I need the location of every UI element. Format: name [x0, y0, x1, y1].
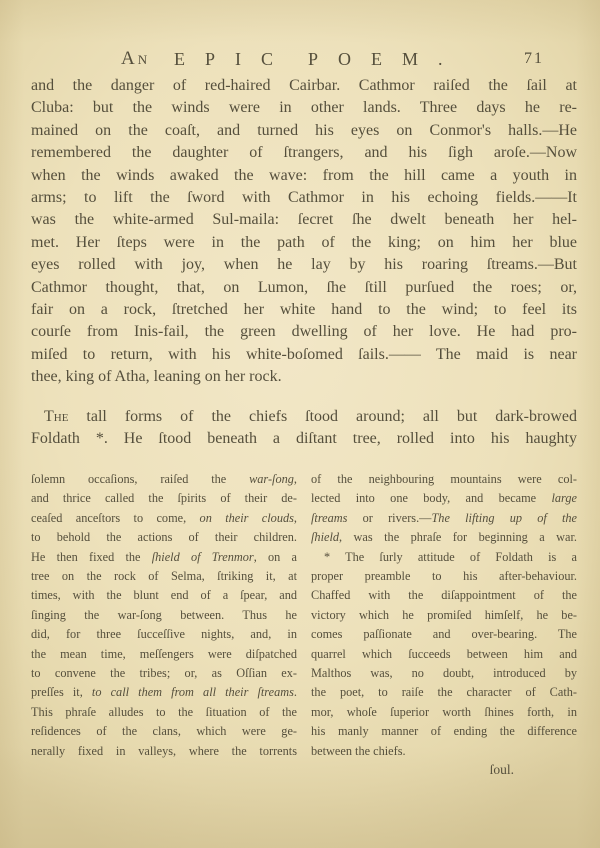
text-line: and thrice called the ſpirits of their d…: [31, 489, 297, 508]
paragraph: The tall forms of the chiefs ſtood aroun…: [31, 406, 577, 451]
text-line: eyes rolled with joy, when he lay by his…: [31, 254, 577, 276]
header-word-poem: POEM.: [308, 49, 463, 70]
book-page: An EPIC POEM. 71 and the danger of red-h…: [0, 0, 600, 848]
text-line: ſinging the war-ſong between. Thus he: [31, 606, 297, 625]
main-text: and the danger of red-haired Cairbar. Ca…: [31, 75, 577, 451]
text-line: courſe from Inis-fail, the green dwellin…: [31, 321, 577, 343]
header-word-an: An: [121, 48, 150, 70]
text-line: Cathmor thought, that, on Lumon, ſhe ſti…: [31, 277, 577, 299]
text-line: ſtreams or rivers.—The lifting up of the: [311, 509, 577, 528]
text-line: preſſes it, to call them from all their …: [31, 683, 297, 702]
text-line: lected into one body, and became large: [311, 489, 577, 508]
text-line: tree on the rock of Selma, ſtriking it, …: [31, 567, 297, 586]
text-line: Malthos was, no doubt, introduced by: [311, 664, 577, 683]
text-line: thee, king of Atha, leaning on her rock.: [31, 366, 577, 388]
text-line: met. Her ſteps were in the path of the k…: [31, 232, 577, 254]
text-line: victory which he promiſed himſelf, he be…: [311, 606, 577, 625]
footnote-column-left: ſolemn occaſions, raiſed the war-ſong,an…: [31, 470, 297, 761]
text-line: quarrel which ſucceeds between him and: [311, 645, 577, 664]
text-line: nerally fixed in valleys, where the torr…: [31, 742, 297, 761]
text-line: Foldath *. He ſtood beneath a diſtant tr…: [31, 428, 577, 450]
text-line: He then fixed the ſhield of Trenmor, on …: [31, 548, 297, 567]
text-line: reſidences of the clans, which were ge-: [31, 722, 297, 741]
text-line: fair on a rock, ſtretched her white hand…: [31, 299, 577, 321]
text-line: the poet, to raiſe the character of Cath…: [311, 683, 577, 702]
text-line: miſed to return, with his white-boſomed …: [31, 344, 577, 366]
running-header: An EPIC POEM. 71: [31, 46, 577, 72]
catchword: ſoul.: [490, 762, 514, 778]
text-line: when the winds awaked the wave: from the…: [31, 165, 577, 187]
footnote-column-right: of the neighbouring mountains were col-l…: [311, 470, 577, 761]
text-line: the mean time, meſſengers were diſpatche…: [31, 645, 297, 664]
text-line: his manly manner of ending the differenc…: [311, 722, 577, 741]
text-line: between the chiefs.: [311, 742, 577, 761]
text-line: comes paſſionate and over-bearing. The: [311, 625, 577, 644]
header-word-epic: EPIC: [174, 49, 293, 70]
text-line: to behold the actions of their children.: [31, 528, 297, 547]
text-line: to convene the tribes; or, as Oſſian ex-: [31, 664, 297, 683]
paragraph: and the danger of red-haired Cairbar. Ca…: [31, 75, 577, 389]
text-line: proper preamble to his after-behaviour.: [311, 567, 577, 586]
text-line: remembered the daughter of ſtrangers, an…: [31, 142, 577, 164]
text-line: Chaffed with the diſappointment of the: [311, 586, 577, 605]
text-line: ſhield, was the phraſe for beginning a w…: [311, 528, 577, 547]
text-line: mained on the coaſt, and turned his eyes…: [31, 120, 577, 142]
text-line: did, for three ſucceſſive nights, and, i…: [31, 625, 297, 644]
text-line: mor, whoſe ſuperior worth ſhines forth, …: [311, 703, 577, 722]
text-line: and the danger of red-haired Cairbar. Ca…: [31, 75, 577, 97]
text-line: arms; to lift the ſword with Cathmor in …: [31, 187, 577, 209]
footnotes: ſolemn occaſions, raiſed the war-ſong,an…: [31, 470, 577, 761]
text-line: This phraſe alludes to the ſituation of …: [31, 703, 297, 722]
text-line: The tall forms of the chiefs ſtood aroun…: [31, 406, 577, 428]
text-line: ceaſed anceſtors to come, on their cloud…: [31, 509, 297, 528]
text-line: was the white-armed Sul-maila: ſecret ſh…: [31, 209, 577, 231]
text-line: of the neighbouring mountains were col-: [311, 470, 577, 489]
text-line: ſolemn occaſions, raiſed the war-ſong,: [31, 470, 297, 489]
text-line: * The ſurly attitude of Foldath is a: [311, 548, 577, 567]
page-number: 71: [524, 50, 544, 68]
text-line: Cluba: but the winds were in other lands…: [31, 97, 577, 119]
text-line: times, with the blunt end of a ſpear, an…: [31, 586, 297, 605]
